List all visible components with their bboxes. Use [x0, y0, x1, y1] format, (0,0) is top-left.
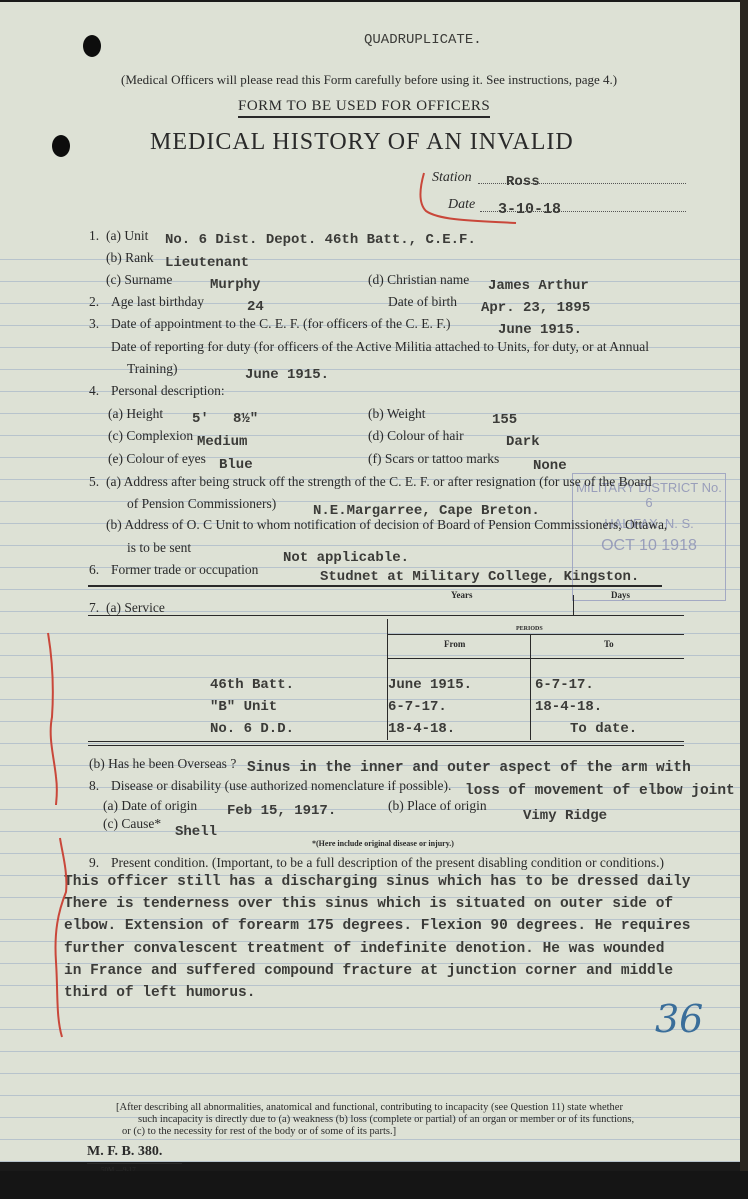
scan-edge-bottom: [0, 1171, 748, 1199]
hair-label: (d) Colour of hair: [368, 428, 464, 444]
weight-label: (b) Weight: [368, 406, 426, 422]
service-to: To date.: [570, 721, 637, 737]
section9-number: 9.: [89, 855, 99, 871]
periods-rule: [387, 634, 684, 635]
surname-value: Murphy: [210, 277, 260, 293]
unit-value: No. 6 Dist. Depot. 46th Batt., C.E.F.: [165, 232, 476, 248]
service-from: 6-7-17.: [388, 699, 447, 715]
cause-footnote: *(Here include original disease or injur…: [312, 839, 454, 848]
address-label: (a) Address after being struck off the s…: [106, 474, 652, 490]
condition-line: further convalescent treatment of indefi…: [64, 941, 664, 957]
complexion-value: Medium: [197, 434, 247, 450]
scars-label: (f) Scars or tattoo marks: [368, 451, 499, 467]
periods-header: Periods: [516, 622, 543, 632]
hair-value: Dark: [506, 434, 540, 450]
from-to-divider: [530, 635, 531, 740]
date-label: Date: [448, 197, 475, 213]
appointment-label: Date of appointment to the C. E. F. (for…: [111, 316, 451, 332]
instructions-text: (Medical Officers will please read this …: [121, 72, 617, 88]
service-unit: "B" Unit: [210, 699, 277, 715]
to-header: To: [604, 639, 614, 649]
reporting-value: June 1915.: [245, 367, 329, 383]
service-to: 6-7-17.: [535, 677, 594, 693]
years-days-divider: [573, 595, 574, 615]
occupation-value: Studnet at Military College, Kingston.: [320, 569, 639, 585]
personal-description-title: Personal description:: [111, 383, 225, 399]
eyes-value: Blue: [219, 457, 253, 473]
christian-name-label: (d) Christian name: [368, 272, 469, 288]
appointment-value: June 1915.: [498, 322, 582, 338]
scan-edge-right: [740, 0, 748, 1199]
days-header: Days: [611, 590, 630, 600]
section7-number: 7.: [89, 600, 99, 616]
unit-label: (a) Unit: [106, 228, 148, 244]
handwritten-page-number: 36: [655, 997, 703, 1041]
from-header: From: [444, 639, 465, 649]
age-value: 24: [247, 299, 264, 315]
cause-label: (c) Cause*: [103, 816, 161, 832]
from-to-rule: [387, 658, 684, 659]
footer-note-line1: [After describing all abnormalities, ana…: [116, 1102, 623, 1113]
address-label-2: of Pension Commissioners): [127, 496, 276, 512]
red-pencil-margin-mark-icon: [40, 832, 80, 1042]
dob-label: Date of birth: [388, 294, 457, 310]
rank-value: Lieutenant: [165, 255, 249, 271]
footer-note-line3: or (c) to the necessity for rest of the …: [122, 1126, 396, 1137]
origin-place-label: (b) Place of origin: [388, 798, 487, 814]
service-unit: No. 6 D.D.: [210, 721, 294, 737]
height-inches-value: 8½": [233, 411, 258, 427]
footer-note-line2: such incapacity is directly due to (a) w…: [138, 1114, 634, 1125]
dob-value: Apr. 23, 1895: [481, 300, 590, 316]
reporting-label-2: Training): [127, 361, 178, 377]
years-header: Years: [451, 590, 473, 600]
condition-line: This officer still has a discharging sin…: [64, 874, 691, 890]
oc-address-value: Not applicable.: [283, 550, 409, 566]
section6-divider: [88, 585, 662, 587]
form-code: M. F. B. 380.: [87, 1144, 182, 1164]
reporting-label: Date of reporting for duty (for officers…: [111, 339, 649, 355]
service-from: 18-4-18.: [388, 721, 455, 737]
occupation-label: Former trade or occupation: [111, 562, 258, 578]
copy-label: QUADRUPLICATE.: [364, 32, 482, 48]
height-feet-value: 5': [192, 411, 209, 427]
condition-line: elbow. Extension of forearm 175 degrees.…: [64, 918, 691, 934]
service-label: (a) Service: [106, 600, 165, 616]
form-title: MEDICAL HISTORY OF AN INVALID: [150, 129, 574, 156]
section5-number: 5.: [89, 474, 99, 490]
document-page: QUADRUPLICATE. (Medical Officers will pl…: [0, 2, 740, 1162]
section6-number: 6.: [89, 562, 99, 578]
stamp-line-date: OCT 10 1918: [573, 537, 725, 555]
condition-line: third of left humorus.: [64, 985, 255, 1001]
service-to: 18-4-18.: [535, 699, 602, 715]
disability-label: Disease or disability (use authorized no…: [111, 778, 451, 794]
present-condition-label: Present condition. (Important, to be a f…: [111, 855, 664, 871]
overseas-label: (b) Has he been Overseas ?: [89, 756, 236, 772]
rank-label: (b) Rank: [106, 250, 154, 266]
condition-line: in France and suffered compound fracture…: [64, 963, 673, 979]
origin-date-label: (a) Date of origin: [103, 798, 197, 814]
service-unit: 46th Batt.: [210, 677, 294, 693]
origin-date-value: Feb 15, 1917.: [227, 803, 336, 819]
surname-label: (c) Surname: [106, 272, 172, 288]
section4-number: 4.: [89, 383, 99, 399]
service-from: June 1915.: [388, 677, 472, 693]
section2-number: 2.: [89, 294, 99, 310]
binder-hole-middle: [52, 135, 70, 157]
form-subtitle: FORM TO BE USED FOR OFFICERS: [238, 98, 490, 118]
cause-value: Shell: [175, 824, 217, 840]
oc-address-label-2: is to be sent: [127, 540, 191, 556]
disability-value-line2: loss of movement of elbow joint: [465, 783, 735, 799]
origin-place-value: Vimy Ridge: [523, 808, 607, 824]
condition-line: There is tenderness over this sinus whic…: [64, 896, 673, 912]
eyes-label: (e) Colour of eyes: [108, 451, 206, 467]
date-value: 3-10-18: [498, 201, 561, 218]
oc-address-label: (b) Address of O. C Unit to whom notific…: [106, 517, 667, 533]
station-label: Station: [432, 170, 472, 186]
disability-value-line1: Sinus in the inner and outer aspect of t…: [247, 760, 691, 776]
height-label: (a) Height: [108, 406, 163, 422]
section8-number: 8.: [89, 778, 99, 794]
section1-number: 1.: [89, 228, 99, 244]
station-value: Ross: [506, 174, 540, 190]
binder-hole-top: [83, 35, 101, 57]
complexion-label: (c) Complexion: [108, 428, 193, 444]
section3-number: 3.: [89, 316, 99, 332]
service-table-bottom-rule: [88, 741, 684, 746]
red-pencil-margin-mark-icon: [30, 627, 70, 807]
age-label: Age last birthday: [111, 294, 204, 310]
scars-value: None: [533, 458, 567, 474]
christian-name-value: James Arthur: [488, 278, 589, 294]
weight-value: 155: [492, 412, 517, 428]
service-header-rule: [88, 615, 684, 616]
